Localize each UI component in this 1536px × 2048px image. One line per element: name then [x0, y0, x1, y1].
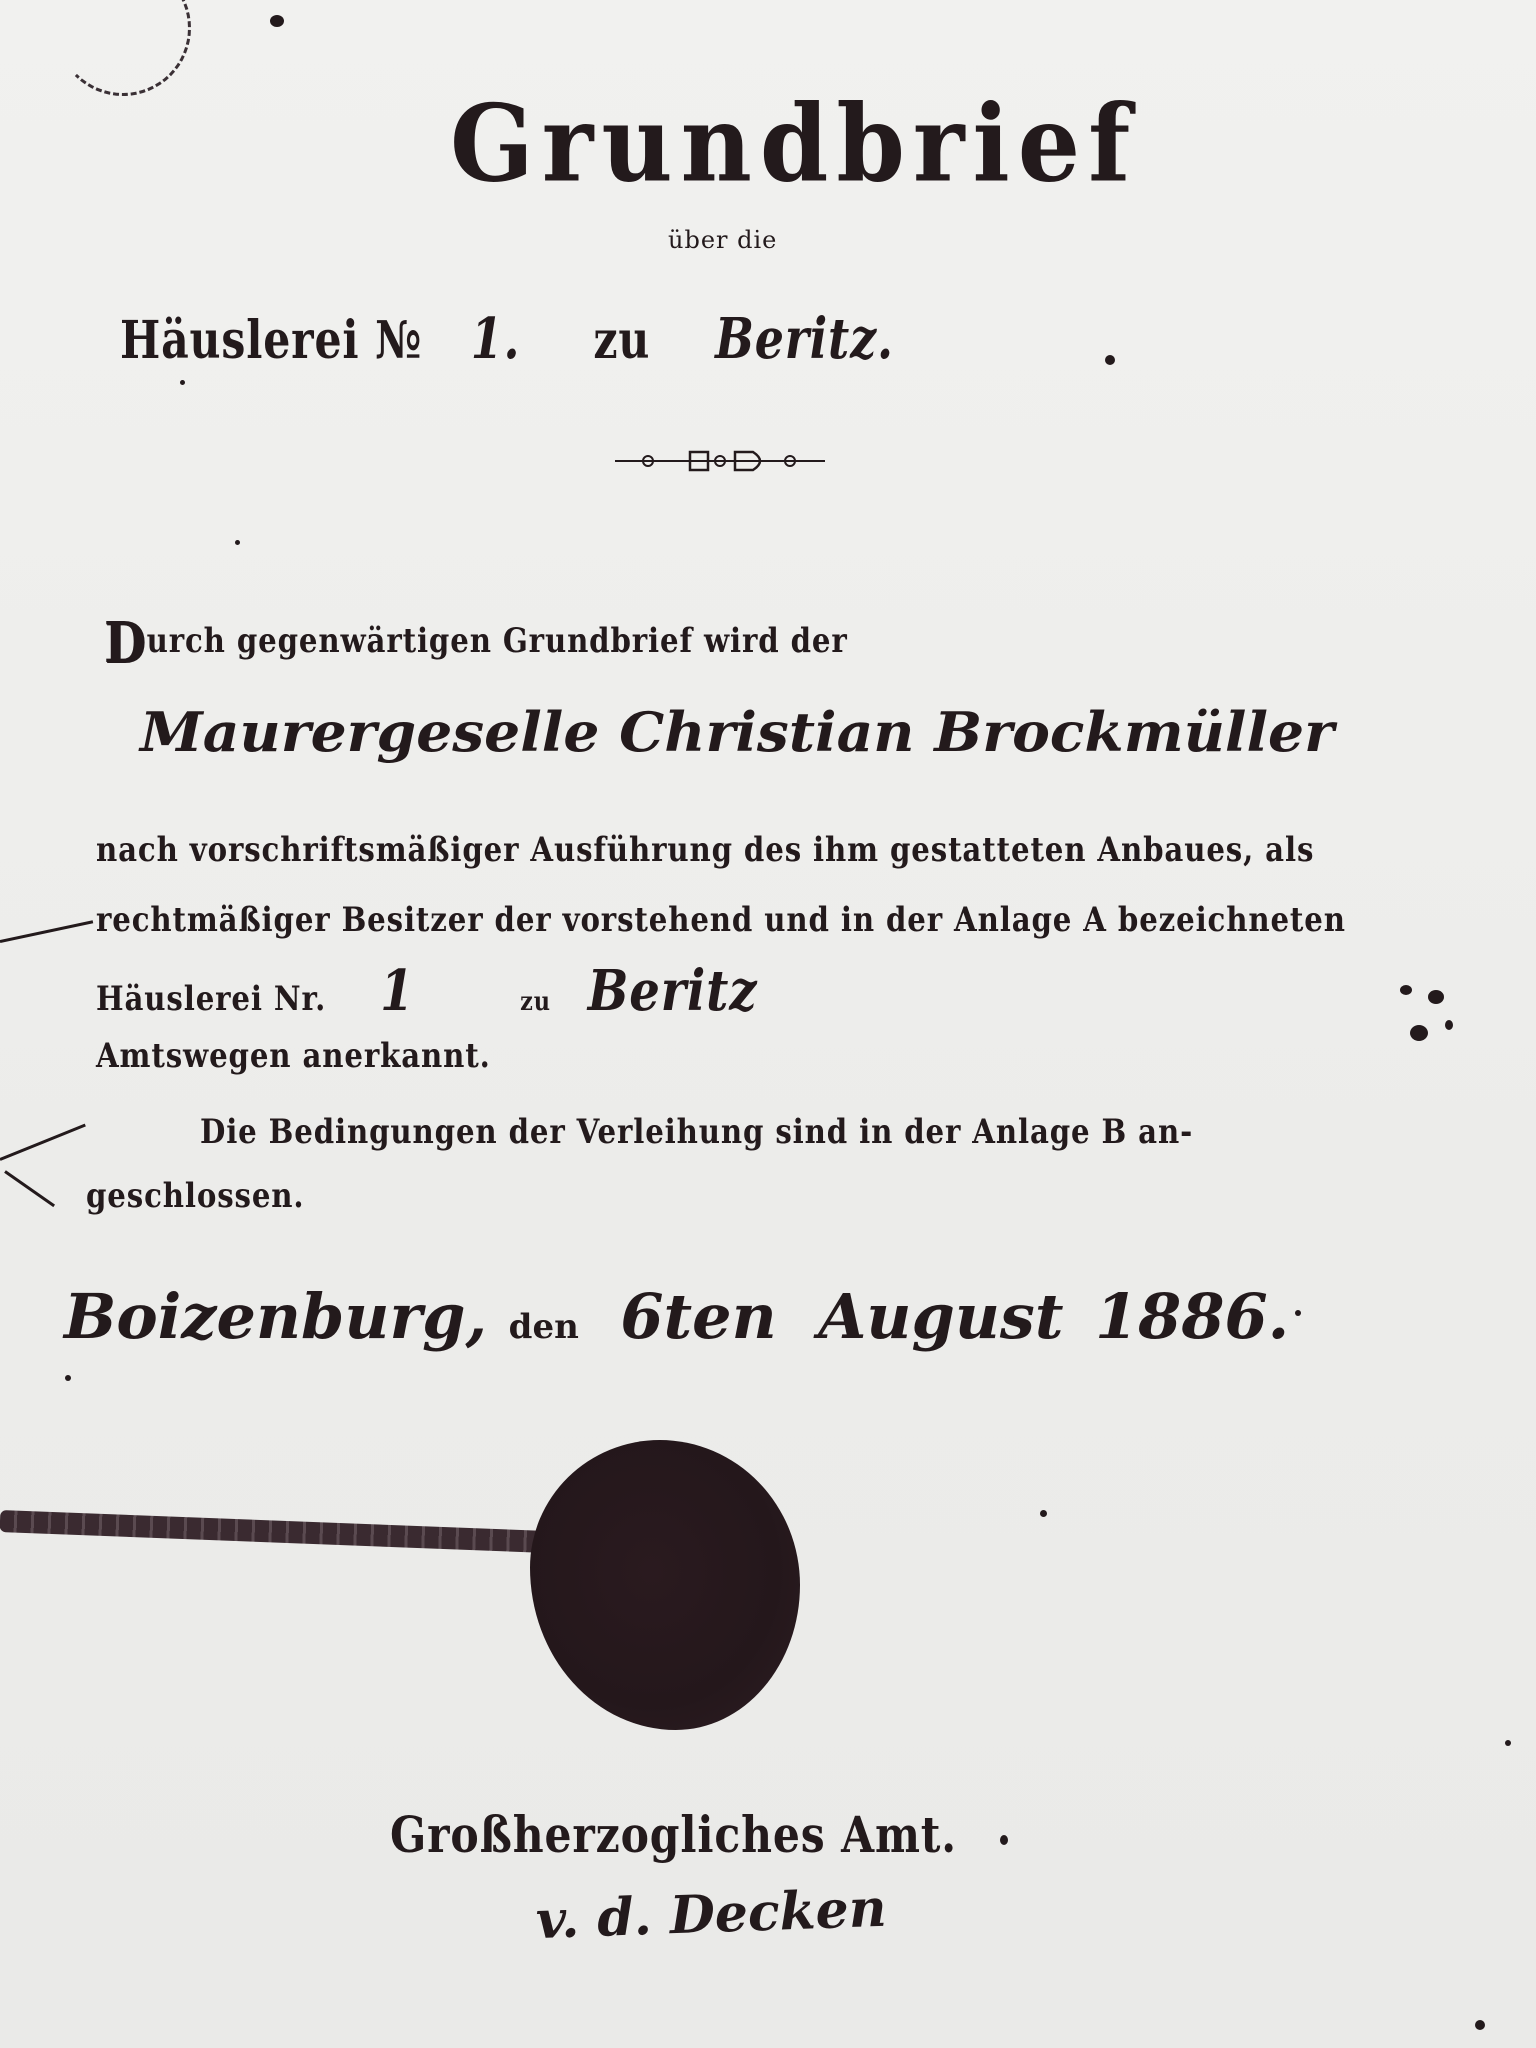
property-line: Häuslerei № 1. zu Beritz. [120, 306, 894, 372]
paragraph-1: Durch gegenwärtigen Grundbrief wird der [104, 610, 848, 676]
seal-cord [0, 1510, 560, 1553]
speck [1040, 1510, 1047, 1517]
paragraph-2-number-handwritten: 1 [380, 958, 414, 1024]
official-signature: v. d. Decken [535, 1878, 887, 1951]
speck [270, 15, 284, 27]
property-zu: zu [593, 310, 650, 371]
divider-ornament-icon [610, 446, 830, 476]
paragraph-2-property: Häuslerei Nr. 1 zu Beritz [96, 958, 757, 1024]
speck [1475, 2020, 1485, 2030]
date-day-handwritten: 6ten [620, 1280, 776, 1353]
speck [1000, 1835, 1008, 1845]
margin-mark-2 [0, 1124, 86, 1161]
wax-seal-icon [530, 1440, 800, 1730]
postmark-stamp [55, 0, 191, 96]
speck [1505, 1740, 1511, 1746]
paragraph-2-place-handwritten: Beritz [588, 958, 758, 1024]
date-year-handwritten: 1886. [1095, 1280, 1289, 1353]
speck [65, 1375, 71, 1381]
paragraph-2-property-prefix: Häuslerei Nr. [96, 979, 326, 1019]
speck [1295, 1310, 1301, 1316]
speck [1428, 990, 1444, 1004]
document-page: Grundbrief über die Häuslerei № 1. zu Be… [0, 0, 1536, 2048]
margin-mark-3 [4, 1170, 55, 1207]
property-place-handwritten: Beritz. [715, 306, 894, 372]
paragraph-1-text: urch gegenwärtigen Grundbrief wird der [147, 621, 848, 661]
dropcap: D [104, 610, 147, 676]
date-den: den [509, 1307, 579, 1347]
margin-mark-1 [0, 920, 93, 943]
subtitle: über die [668, 226, 777, 254]
speck [1410, 1025, 1428, 1041]
speck [235, 540, 240, 545]
paragraph-2-line-1: nach vorschriftsmäßiger Ausführung des i… [96, 830, 1314, 870]
date-place-handwritten: Boizenburg, [64, 1280, 487, 1353]
date-month-handwritten: August [818, 1280, 1063, 1353]
paragraph-3-line-2: geschlossen. [86, 1176, 304, 1216]
date-line: Boizenburg, den 6ten August 1886. [64, 1280, 1289, 1353]
speck [1445, 1020, 1453, 1030]
paragraph-3-line-1: Die Bedingungen der Verleihung sind in d… [200, 1112, 1193, 1152]
property-prefix: Häuslerei № [120, 310, 422, 371]
document-title: Grundbrief [450, 82, 1138, 206]
speck [1105, 355, 1115, 365]
speck [180, 380, 185, 385]
recipient-handwritten: Maurergeselle Christian Brockmüller [140, 700, 1334, 764]
property-number-handwritten: 1. [471, 306, 521, 372]
speck [1400, 985, 1412, 995]
issuer-office: Großherzogliches Amt. [390, 1805, 957, 1864]
paragraph-2-end: Amtswegen anerkannt. [96, 1036, 491, 1076]
paragraph-2-line-2: rechtmäßiger Besitzer der vorstehend und… [96, 900, 1346, 940]
paragraph-2-zu: zu [520, 987, 551, 1017]
